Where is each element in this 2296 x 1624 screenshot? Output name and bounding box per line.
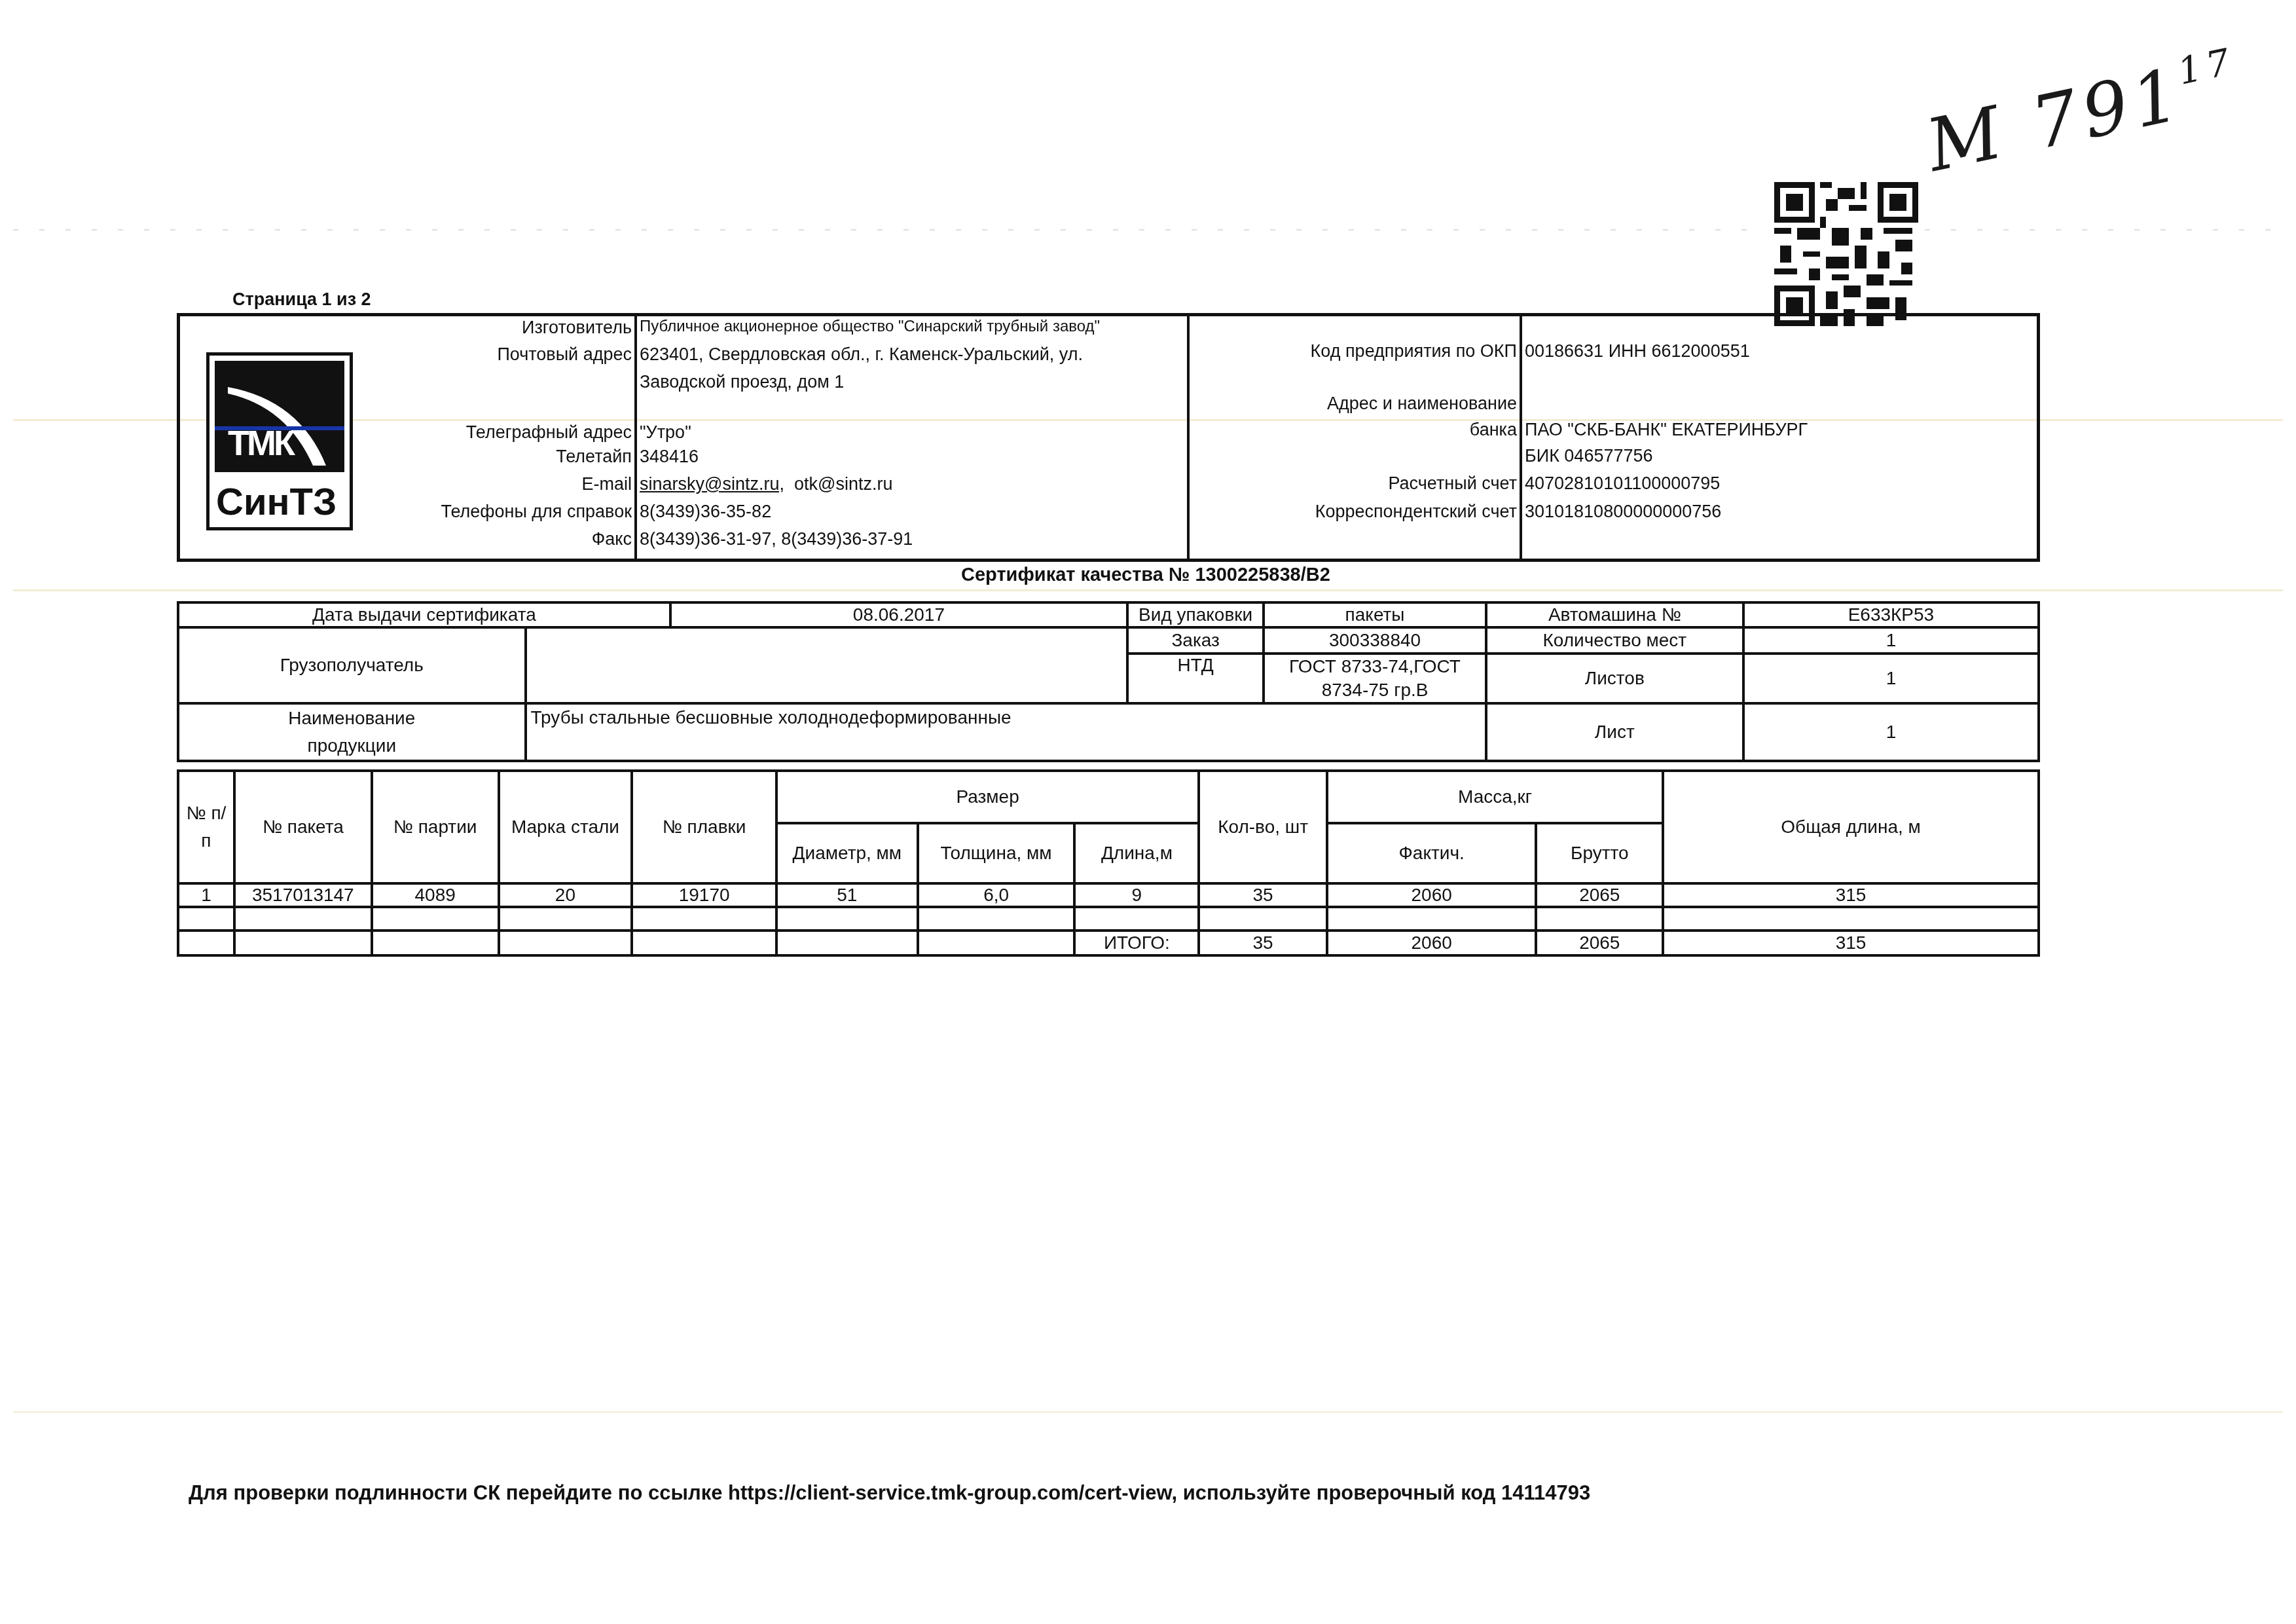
label-phones: Телефоны для справок [441, 502, 632, 522]
company-logo: ТМК СинТЗ [206, 352, 353, 530]
issue-date-label: Дата выдачи сертификата [178, 602, 670, 627]
divider [1187, 316, 1190, 559]
label-settlement-account: Расчетный счет [1388, 473, 1517, 494]
header-package: № пакета [234, 771, 372, 883]
places-value: 1 [1743, 627, 2039, 654]
label-correspondent-account: Корреспондентский счет [1315, 502, 1517, 522]
totals-total-length: 315 [1663, 931, 2039, 955]
label-okp: Код предприятия по ОКП [1311, 341, 1517, 361]
label-fax: Факс [592, 529, 632, 549]
header-heat: № плавки [632, 771, 776, 883]
cell-total-length: 315 [1663, 883, 2039, 907]
logo-mark: ТМК [215, 361, 344, 472]
pipe-data-table: № п/п № пакета № партии Марка стали № пл… [177, 769, 2040, 957]
value-bik: БИК 046577756 [1525, 446, 1653, 466]
logo-tmk-text: ТМК [228, 423, 293, 464]
cell-actual-mass: 2060 [1327, 883, 1536, 907]
value-postal-address: 623401, Свердловская обл., г. Каменск-Ур… [640, 344, 1083, 365]
truck-value: Е633КР53 [1743, 602, 2039, 627]
label-manufacturer: Изготовитель [522, 318, 632, 338]
header-mass: Масса,кг [1327, 771, 1663, 823]
label-bank: банка [1470, 420, 1517, 440]
consignee-value [526, 627, 1127, 703]
sheet-value: 1 [1743, 703, 2039, 761]
header-quantity: Кол-во, шт [1199, 771, 1327, 883]
value-email: sinarsky@sintz.ru, otk@sintz.ru [640, 474, 892, 494]
certificate-title: Сертификат качества № 1300225838/В2 [961, 564, 1330, 586]
value-telegraph: "Утро" [640, 422, 691, 443]
value-teletype: 348416 [640, 447, 699, 467]
ntd-label: НТД [1127, 654, 1264, 703]
email-link-sinarsky[interactable]: sinarsky@sintz.ru, [640, 474, 784, 494]
company-header: ТМК СинТЗ Изготовитель Почтовый адрес Те… [177, 313, 2040, 562]
value-fax: 8(3439)36-31-97, 8(3439)36-37-91 [640, 529, 913, 549]
totals-actual-mass: 2060 [1327, 931, 1536, 955]
order-label: Заказ [1127, 627, 1264, 654]
truck-label: Автомашина № [1486, 602, 1743, 627]
scan-artifact-line [13, 1411, 2283, 1413]
value-phones: 8(3439)36-35-82 [640, 502, 771, 522]
places-label: Количество мест [1486, 627, 1743, 654]
scan-artifact-line [13, 589, 2283, 591]
consignee-label: Грузополучатель [178, 627, 526, 703]
value-bank-name: ПАО "СКБ-БАНК" ЕКАТЕРИНБУРГ [1525, 420, 1808, 440]
verification-footer: Для проверки подлинности СК перейдите по… [189, 1481, 1590, 1505]
divider [1520, 316, 1522, 559]
header-batch: № партии [372, 771, 499, 883]
page-indicator: Страница 1 из 2 [232, 289, 371, 310]
packaging-label: Вид упаковки [1127, 602, 1264, 627]
divider [634, 316, 637, 559]
table-row-empty [178, 907, 2039, 931]
header-length: Длина,м [1074, 823, 1199, 883]
header-total-length: Общая длина, м [1663, 771, 2039, 883]
header-actual-mass: Фактич. [1327, 823, 1536, 883]
sheet-label: Лист [1486, 703, 1743, 761]
label-bank-address: Адрес и наименование [1327, 394, 1517, 414]
value-correspondent-account: 30101810800000000756 [1525, 502, 1721, 522]
product-label: Наименованиепродукции [178, 703, 526, 761]
label-telegraph: Телеграфный адрес [466, 422, 632, 443]
cell-package: 3517013147 [234, 883, 372, 907]
header-diameter: Диаметр, мм [776, 823, 918, 883]
value-manufacturer: Публичное акционерное общество "Синарски… [640, 318, 1100, 336]
cell-steel-grade: 20 [499, 883, 632, 907]
table-row: 1 3517013147 4089 20 19170 51 6,0 9 35 2… [178, 883, 2039, 907]
totals-gross-mass: 2065 [1536, 931, 1663, 955]
handwritten-note: М 79117 [1920, 40, 2248, 188]
header-thickness: Толщина, мм [918, 823, 1075, 883]
cell-length: 9 [1074, 883, 1199, 907]
totals-label: ИТОГО: [1074, 931, 1199, 955]
label-postal-address: Почтовый адрес [497, 344, 632, 365]
product-value: Трубы стальные бесшовные холоднодеформир… [526, 703, 1486, 761]
totals-quantity: 35 [1199, 931, 1327, 955]
label-email: E-mail [581, 474, 632, 494]
sheets-value: 1 [1743, 654, 2039, 703]
cell-diameter: 51 [776, 883, 918, 907]
totals-row: ИТОГО: 35 2060 2065 315 [178, 931, 2039, 955]
packaging-value: пакеты [1264, 602, 1485, 627]
qr-code-icon [1768, 182, 1925, 326]
sheets-label: Листов [1486, 654, 1743, 703]
cell-batch: 4089 [372, 883, 499, 907]
logo-sintz-text: СинТЗ [216, 480, 337, 524]
email-otk: otk@sintz.ru [794, 474, 892, 494]
shipment-info-table: Дата выдачи сертификата 08.06.2017 Вид у… [177, 601, 2040, 762]
header-steel-grade: Марка стали [499, 771, 632, 883]
order-value: 300338840 [1264, 627, 1485, 654]
cell-num: 1 [178, 883, 234, 907]
cell-quantity: 35 [1199, 883, 1327, 907]
scan-artifact-line [13, 229, 2283, 231]
cell-heat: 19170 [632, 883, 776, 907]
header-size: Размер [776, 771, 1199, 823]
value-okp-inn: 00186631 ИНН 6612000551 [1525, 341, 1750, 361]
value-settlement-account: 40702810101100000795 [1525, 473, 1720, 494]
header-gross-mass: Брутто [1536, 823, 1663, 883]
cell-gross-mass: 2065 [1536, 883, 1663, 907]
header-num: № п/п [178, 771, 234, 883]
value-postal-address-2: Заводской проезд, дом 1 [640, 372, 844, 392]
cell-thickness: 6,0 [918, 883, 1075, 907]
label-teletype: Телетайп [556, 447, 632, 467]
ntd-value: ГОСТ 8733-74,ГОСТ 8734-75 гр.В [1264, 654, 1485, 703]
issue-date-value: 08.06.2017 [670, 602, 1127, 627]
